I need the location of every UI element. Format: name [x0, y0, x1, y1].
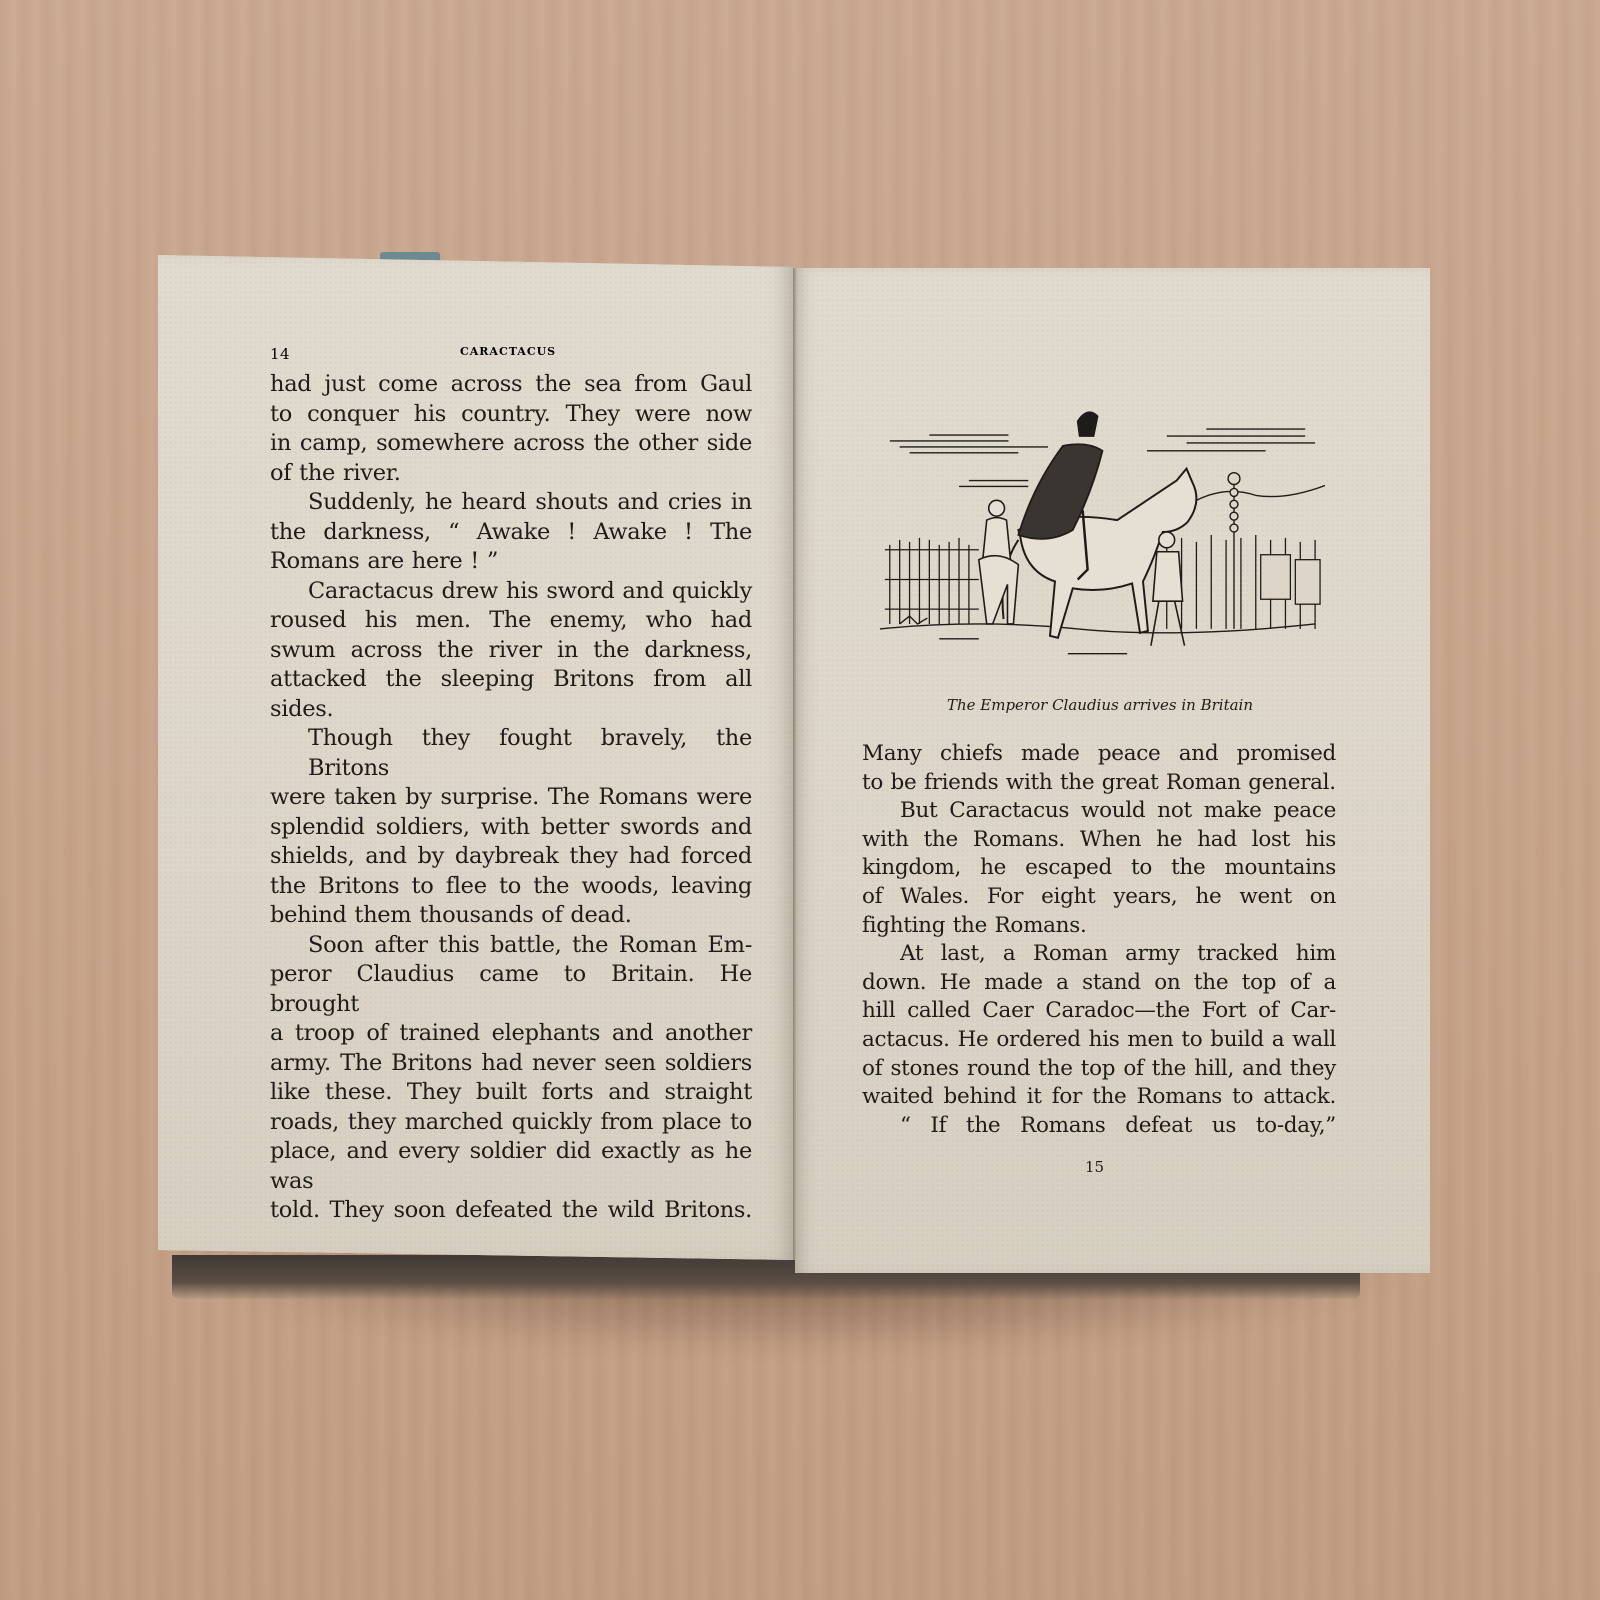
text-line: actacus. He ordered his men to build a w… [862, 1026, 1336, 1055]
text-line: sides. [270, 695, 752, 725]
text-line: of stones round the top of the hill, and… [862, 1055, 1336, 1084]
text-line: roused his men. The enemy, who had [270, 606, 752, 636]
text-line: of the river. [270, 459, 752, 489]
text-line: roads, they marched quickly from place t… [270, 1108, 752, 1138]
text-line: Many chiefs made peace and promised [862, 740, 1336, 769]
text-line: peror Claudius came to Britain. He broug… [270, 960, 752, 1019]
text-line: were taken by surprise. The Romans were [270, 783, 752, 813]
left-page-number: 14 [270, 345, 290, 363]
text-line: of Wales. For eight years, he went on [862, 883, 1336, 912]
text-line: a troop of trained elephants and another [270, 1019, 752, 1049]
running-head-title: CARACTACUS [460, 345, 556, 358]
text-line: splendid soldiers, with better swords an… [270, 813, 752, 843]
book-gutter [793, 268, 797, 1260]
text-line: At last, a Roman army tracked him [862, 940, 1336, 969]
text-line: Caractacus drew his sword and quickly [270, 577, 752, 607]
text-line: behind them thousands of dead. [270, 901, 752, 931]
right-page-number: 15 [1085, 1158, 1104, 1176]
text-line: down. He made a stand on the top of a [862, 969, 1336, 998]
text-line: “ If the Romans defeat us to-day,” [862, 1112, 1336, 1141]
text-line: swum across the river in the darkness, [270, 636, 752, 666]
text-line: the Britons to flee to the woods, leavin… [270, 872, 752, 902]
text-line: attacked the sleeping Britons from all [270, 665, 752, 695]
text-line: told. They soon defeated the wild Briton… [270, 1196, 752, 1226]
text-line: Though they fought bravely, the Britons [270, 724, 752, 783]
text-line: like these. They built forts and straigh… [270, 1078, 752, 1108]
right-page-text: Many chiefs made peace and promised to b… [862, 740, 1336, 1140]
text-line: Suddenly, he heard shouts and cries in [270, 488, 752, 518]
text-line: the darkness, “ Awake ! Awake ! The [270, 518, 752, 548]
text-line: kingdom, he escaped to the mountains [862, 854, 1336, 883]
text-line: shields, and by daybreak they had forced [270, 842, 752, 872]
text-line: Soon after this battle, the Roman Em- [270, 931, 752, 961]
text-line: But Caractacus would not make peace [862, 797, 1336, 826]
text-line: to conquer his country. They were now [270, 400, 752, 430]
text-line: place, and every soldier did exactly as … [270, 1137, 752, 1196]
text-line: hill called Caer Caradoc—the Fort of Car… [862, 997, 1336, 1026]
text-line: in camp, somewhere across the other side [270, 429, 752, 459]
illustration-caption: The Emperor Claudius arrives in Britain [840, 696, 1360, 714]
text-line: had just come across the sea from Gaul [270, 370, 752, 400]
text-line: Romans are here ! ” [270, 547, 752, 577]
text-line: army. The Britons had never seen soldier… [270, 1049, 752, 1079]
left-page-text: had just come across the sea from Gaul t… [270, 370, 752, 1226]
text-line: with the Romans. When he had lost his [862, 826, 1336, 855]
text-line: fighting the Romans. [862, 912, 1336, 941]
illustration-claudius [870, 380, 1325, 680]
text-line: to be friends with the great Roman gener… [862, 769, 1336, 798]
text-line: waited behind it for the Romans to attac… [862, 1083, 1336, 1112]
